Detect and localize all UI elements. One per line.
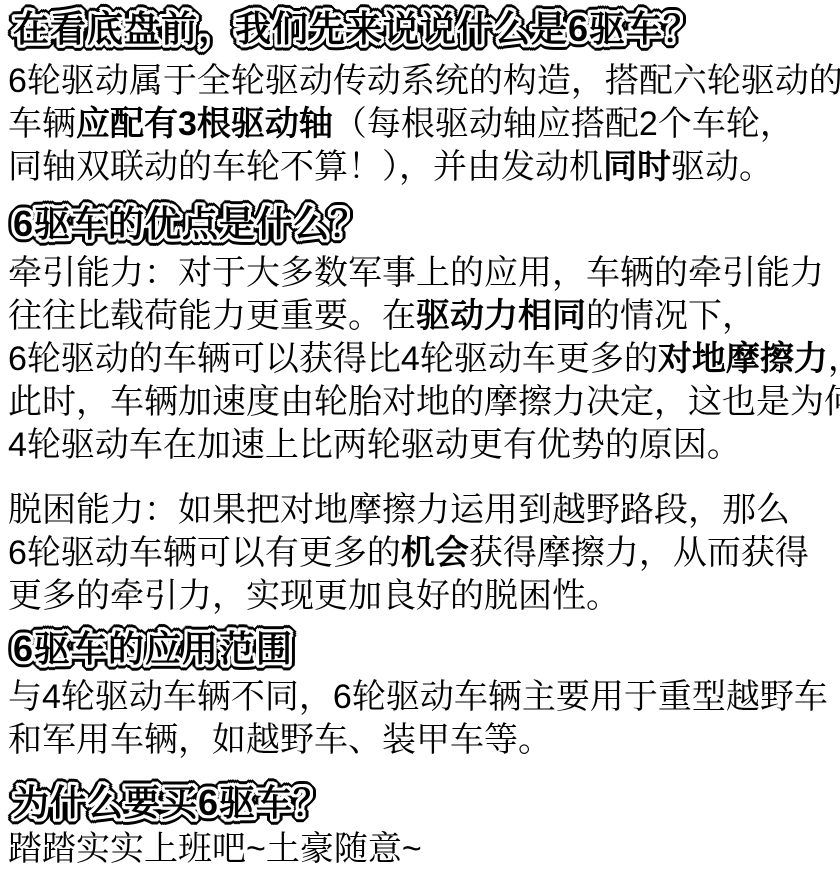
paragraph-conclusion: 踏踏实实上班吧~土豪随意~ <box>8 828 840 871</box>
text-segment: 牵引能力：对于大多数军事上的应用，车辆的牵引能力 <box>8 254 824 292</box>
text-line: 此时，车辆加速度由轮胎对地的摩擦力决定，这也是为何 <box>8 381 840 424</box>
text-segment: 4轮驱动车在加速上比两轮驱动更有优势的原因。 <box>8 426 741 464</box>
text-segment: 6轮驱动属于全轮驱动传动系统的构造，搭配六轮驱动的 <box>8 62 840 100</box>
text-segment-bold: 应配有3根驱动轴 <box>76 105 333 143</box>
text-segment: 6轮驱动的车辆可以获得比4轮驱动车更多的 <box>8 340 658 378</box>
text-segment-bold: 同时 <box>603 148 671 186</box>
text-segment: 6轮驱动车辆可以有更多的 <box>8 534 401 572</box>
article-page: 在看底盘前，我们先来说说什么是6驱车？ 6轮驱动属于全轮驱动传动系统的构造，搭配… <box>0 0 840 874</box>
paragraph-offroad-escape: 脱困能力：如果把对地摩擦力运用到越野路段，那么 6轮驱动车辆可以有更多的机会获得… <box>8 489 840 618</box>
text-segment: 踏踏实实上班吧~土豪随意~ <box>8 830 422 868</box>
text-line: 4轮驱动车在加速上比两轮驱动更有优势的原因。 <box>8 424 840 467</box>
text-segment: 和军用车辆，如越野车、装甲车等。 <box>8 721 552 759</box>
paragraph-applications: 与4轮驱动车辆不同，6轮驱动车辆主要用于重型越野车 和军用车辆，如越野车、装甲车… <box>8 676 840 762</box>
text-segment: 同轴双联动的车轮不算！），并由发动机 <box>8 148 603 186</box>
text-line: 更多的牵引力，实现更加良好的脱困性。 <box>8 575 840 618</box>
text-line: 踏踏实实上班吧~土豪随意~ <box>8 828 840 871</box>
text-segment-bold: 驱动力相同 <box>416 297 586 335</box>
text-segment: 此时，车辆加速度由轮胎对地的摩擦力决定，这也是为何 <box>8 383 840 421</box>
section-heading-why-buy: 为什么要买6驱车？ <box>13 780 330 826</box>
section-heading-advantages: 6驱车的优点是什么？ <box>13 201 367 247</box>
text-line: 与4轮驱动车辆不同，6轮驱动车辆主要用于重型越野车 <box>8 676 840 719</box>
paragraph-definition: 6轮驱动属于全轮驱动传动系统的构造，搭配六轮驱动的 车辆应配有3根驱动轴（每根驱… <box>8 60 840 189</box>
text-segment: 脱困能力：如果把对地摩擦力运用到越野路段，那么 <box>8 491 790 529</box>
text-segment: 车辆 <box>8 105 76 143</box>
text-segment: ， <box>828 340 840 378</box>
paragraph-traction: 牵引能力：对于大多数军事上的应用，车辆的牵引能力 往往比载荷能力更重要。在驱动力… <box>8 252 840 467</box>
text-segment: 获得摩擦力，从而获得 <box>469 534 809 572</box>
text-segment-bold: 对地摩擦力 <box>658 340 828 378</box>
text-line: 6轮驱动车辆可以有更多的机会获得摩擦力，从而获得 <box>8 532 840 575</box>
text-segment-bold: 机会 <box>401 534 469 572</box>
text-line: 脱困能力：如果把对地摩擦力运用到越野路段，那么 <box>8 489 840 532</box>
text-segment: 与4轮驱动车辆不同，6轮驱动车辆主要用于重型越野车 <box>8 678 828 716</box>
text-segment: （每根驱动轴应搭配2个车轮， <box>333 105 794 143</box>
text-line: 车辆应配有3根驱动轴（每根驱动轴应搭配2个车轮， <box>8 103 840 146</box>
text-line: 和军用车辆，如越野车、装甲车等。 <box>8 719 840 762</box>
text-line: 同轴双联动的车轮不算！），并由发动机同时驱动。 <box>8 146 840 189</box>
text-segment: 往往比载荷能力更重要。在 <box>8 297 416 335</box>
text-line: 6轮驱动属于全轮驱动传动系统的构造，搭配六轮驱动的 <box>8 60 840 103</box>
text-line: 6轮驱动的车辆可以获得比4轮驱动车更多的对地摩擦力， <box>8 338 840 381</box>
text-segment: 驱动。 <box>671 148 773 186</box>
section-heading-applications: 6驱车的应用范围 <box>13 626 293 672</box>
section-heading-what-is-6wd: 在看底盘前，我们先来说说什么是6驱车？ <box>13 6 700 52</box>
text-segment: 的情况下， <box>586 297 756 335</box>
text-line: 牵引能力：对于大多数军事上的应用，车辆的牵引能力 <box>8 252 840 295</box>
text-segment: 更多的牵引力，实现更加良好的脱困性。 <box>8 577 620 615</box>
text-line: 往往比载荷能力更重要。在驱动力相同的情况下， <box>8 295 840 338</box>
